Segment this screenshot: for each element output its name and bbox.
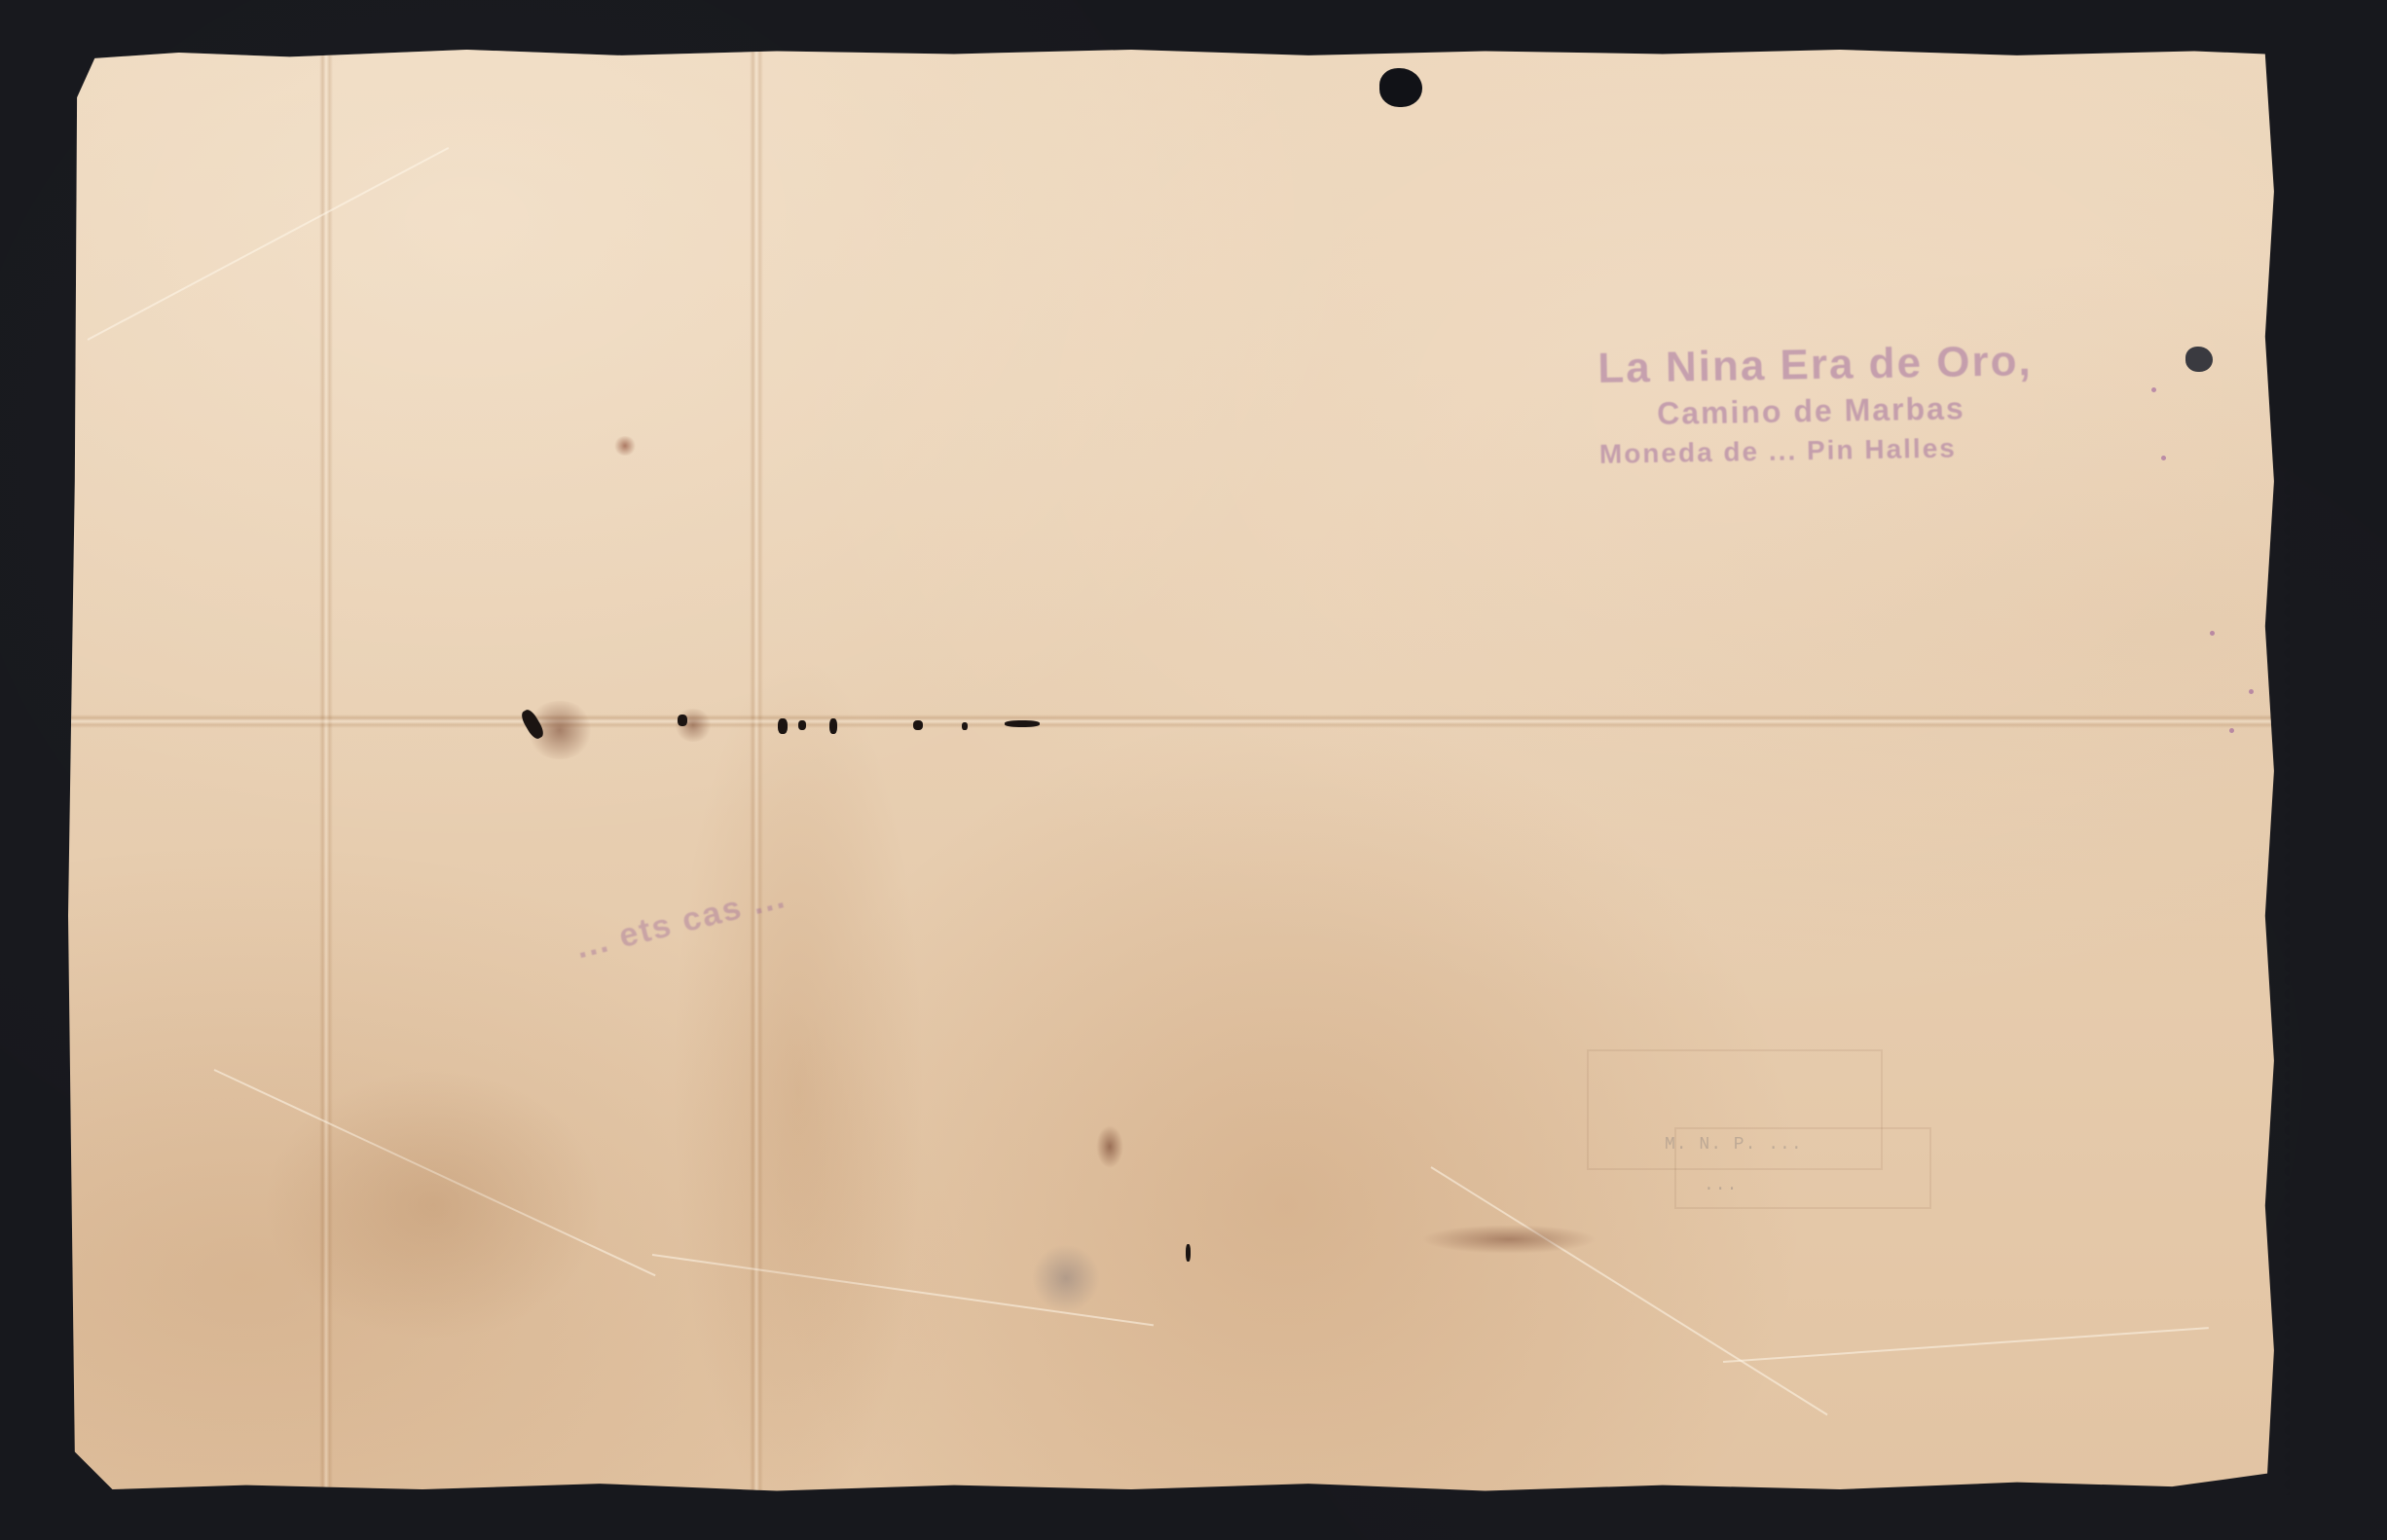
- crease: [1723, 1327, 2209, 1363]
- document-paper: La Nina Era de Oro, Camino de Marbas Mon…: [68, 47, 2283, 1495]
- fold-tear: [678, 715, 687, 726]
- fold-tear: [962, 722, 968, 730]
- stamp-speck: [2210, 631, 2215, 636]
- stamp-speck: [2249, 689, 2254, 694]
- fold-tear: [913, 720, 923, 730]
- crease: [88, 147, 450, 341]
- showthrough-text: ...: [1704, 1176, 1738, 1195]
- water-stain: [263, 1069, 604, 1341]
- fold-tear: [778, 718, 788, 734]
- ink-mark: [1186, 1244, 1191, 1262]
- punch-hole: [1379, 68, 1422, 107]
- fold-tear: [829, 718, 837, 734]
- water-stain: [672, 650, 925, 1526]
- perforated-edge: [2268, 47, 2290, 1495]
- punch-hole: [2185, 347, 2213, 372]
- fold-tear: [1005, 720, 1040, 727]
- stamp-line: Camino de Marbas: [1657, 389, 2034, 432]
- spot: [613, 436, 637, 456]
- stamp-line: La Nina Era de Oro,: [1597, 337, 2033, 393]
- fold-tear: [798, 720, 806, 730]
- stamp-speck: [2161, 456, 2166, 460]
- ink-stain: [1096, 1125, 1123, 1168]
- stamp-speck: [2229, 728, 2234, 733]
- blue-smudge: [1032, 1244, 1100, 1312]
- ink-stain: [1421, 1225, 1597, 1254]
- horizontal-fold: [68, 715, 2283, 728]
- stamp-speck: [2151, 387, 2156, 392]
- stamp-upper-right: La Nina Era de Oro, Camino de Marbas Mon…: [1597, 337, 2035, 470]
- showthrough-text: M. N. P. ...: [1665, 1135, 1803, 1155]
- stamp-line: Moneda de ... Pin Halles: [1599, 431, 2035, 470]
